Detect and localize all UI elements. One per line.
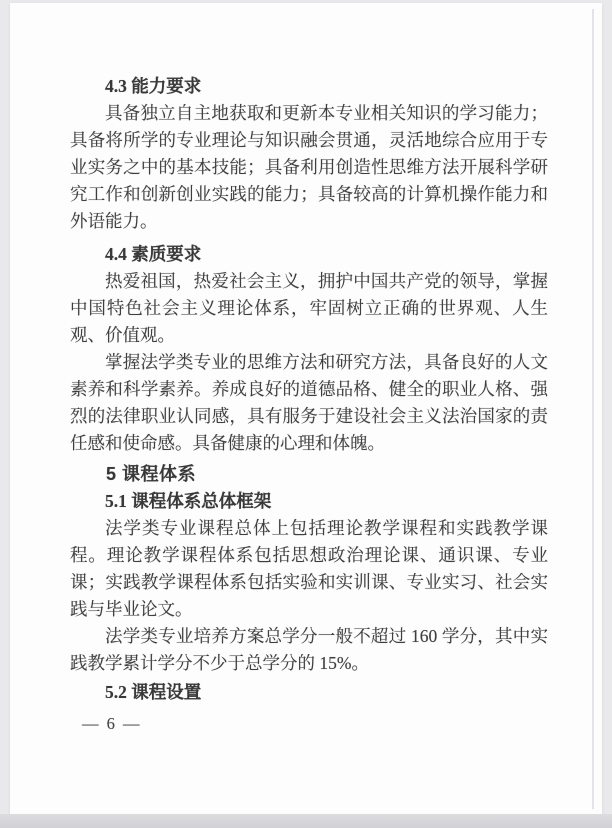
section-heading-5-1: 5.1 课程体系总体框架: [70, 488, 548, 515]
section-heading-5-2: 5.2 课程设置: [70, 679, 548, 706]
section-heading-4-3: 4.3 能力要求: [70, 73, 548, 100]
paragraph-total-credits: 法学类专业培养方案总学分一般不超过 160 学分，其中实践教学累计学分不少于总学…: [70, 623, 548, 677]
document-content: 4.3 能力要求 具备独立自主地获取和更新本专业相关知识的学习能力；具备将所学的…: [70, 73, 548, 706]
scan-bottom-shadow: [0, 814, 612, 828]
paragraph-quality-requirements-1: 热爱祖国，热爱社会主义，拥护中国共产党的领导，掌握中国特色社会主义理论体系，牢固…: [70, 268, 548, 349]
document-page: 4.3 能力要求 具备独立自主地获取和更新本专业相关知识的学习能力；具备将所学的…: [10, 3, 602, 815]
paragraph-ability-requirements: 具备独立自主地获取和更新本专业相关知识的学习能力；具备将所学的专业理论与知识融会…: [70, 100, 548, 235]
paragraph-quality-requirements-2: 掌握法学类专业的思维方法和研究方法，具备良好的人文素养和科学素养。养成良好的道德…: [70, 349, 548, 457]
page-edge-line: [592, 9, 594, 809]
paragraph-curriculum-framework: 法学类专业课程总体上包括理论教学课程和实践教学课程。理论教学课程体系包括思想政治…: [70, 515, 548, 623]
page-number: — 6 —: [82, 714, 142, 734]
section-heading-5: 5 课程体系: [70, 461, 548, 488]
section-heading-4-4: 4.4 素质要求: [70, 241, 548, 268]
